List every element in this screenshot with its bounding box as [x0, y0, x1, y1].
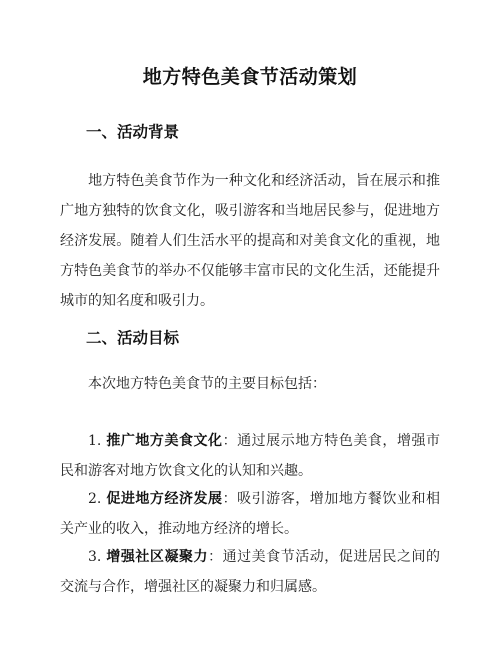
goal-item-1: 1. 推广地方美食文化：通过展示地方特色美食，增强市民和游客对地方饮食文化的认知… — [60, 426, 440, 486]
goal-item-3: 3. 增强社区凝聚力：通过美食节活动，促进居民之间的交流与合作，增强社区的凝聚力… — [60, 542, 440, 602]
goal-number: 3. — [88, 549, 101, 565]
document-title: 地方特色美食节活动策划 — [0, 62, 500, 89]
goal-number: 2. — [88, 491, 101, 507]
goal-label: 促进地方经济发展 — [106, 491, 222, 507]
goals-intro: 本次地方特色美食节的主要目标包括： — [60, 369, 440, 399]
document-page: 地方特色美食节活动策划 一、活动背景 地方特色美食节作为一种文化和经济活动，旨在… — [0, 0, 500, 647]
background-paragraph: 地方特色美食节作为一种文化和经济活动，旨在展示和推广地方独特的饮食文化，吸引游客… — [60, 166, 440, 316]
goal-item-2: 2. 促进地方经济发展：吸引游客，增加地方餐饮业和相关产业的收入，推动地方经济的… — [60, 484, 440, 544]
section-heading-background: 一、活动背景 — [86, 120, 179, 142]
goal-label: 推广地方美食文化 — [106, 433, 222, 449]
background-paragraph-text: 地方特色美食节作为一种文化和经济活动，旨在展示和推广地方独特的饮食文化，吸引游客… — [60, 173, 440, 309]
goal-number: 1. — [88, 433, 101, 449]
section-heading-goals: 二、活动目标 — [86, 326, 179, 348]
goal-label: 增强社区凝聚力 — [106, 549, 208, 565]
goals-intro-text: 本次地方特色美食节的主要目标包括： — [88, 376, 326, 392]
